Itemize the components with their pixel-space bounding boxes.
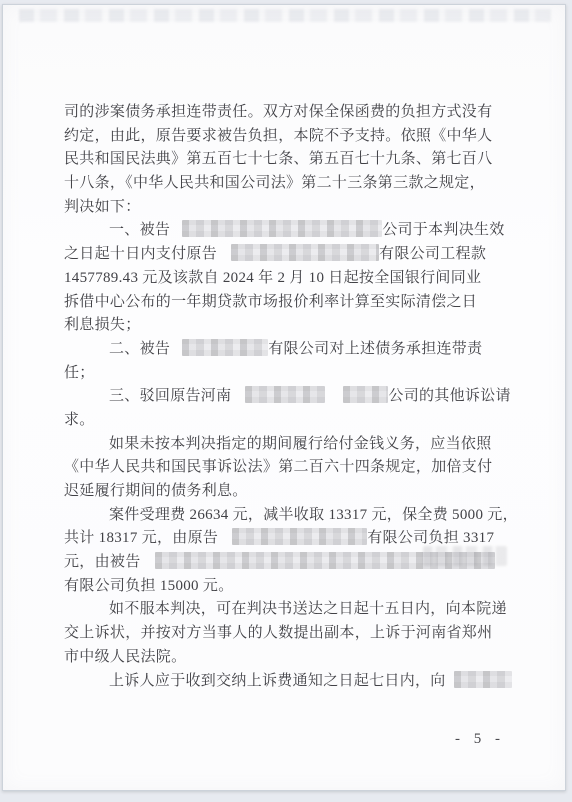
text-line: 《中华人民共和国民事诉讼法》第二百六十四条规定，加倍支付 — [64, 456, 516, 480]
text-segment: 任； — [64, 362, 95, 386]
text-segment: 1457789.43 元及该款自 2024 年 2 月 10 日起按全国银行间同… — [64, 267, 481, 291]
text-segment: 《中华人民共和国民事诉讼法》第二百六十四条规定，加倍支付 — [64, 456, 492, 480]
document-page: 司的涉案债务承担连带责任。双方对保全保函费的负担方式没有约定，由此，原告要求被告… — [2, 4, 566, 791]
text-line: 上诉人应于收到交纳上诉费通知之日起七日内，向 — [64, 670, 516, 694]
text-segment: 公司的其他诉讼请 — [388, 385, 510, 409]
text-line: 如果未按本判决指定的期间履行给付金钱义务，应当依照 — [64, 433, 516, 457]
redaction-blur — [245, 386, 325, 403]
text-segment: 三、驳回原告河南 — [109, 385, 231, 409]
text-segment: 民共和国民法典》第五百七十七条、第五百七十九条、第七百八 — [64, 148, 492, 172]
redaction-blur — [182, 220, 382, 237]
text-segment: 案件受理费 26634 元，减半收取 13317 元，保全费 5000 元， — [109, 504, 518, 528]
page-number: - 5 - — [455, 731, 505, 748]
text-line: 之日起十日内支付原告有限公司工程款 — [64, 243, 516, 267]
text-segment: 有限公司负担 15000 元。 — [64, 575, 234, 599]
text-line: 任； — [64, 362, 516, 386]
text-segment: 有限公司工程款 — [379, 243, 486, 267]
text-line: 如不服本判决，可在判决书送达之日起十五日内，向本院递 — [64, 598, 516, 622]
text-line: 迟延履行期间的债务利息。 — [64, 480, 516, 504]
redaction-blur — [155, 552, 495, 569]
text-segment: 司的涉案债务承担连带责任。双方对保全保函费的负担方式没有 — [64, 101, 492, 125]
text-segment: 十八条，《中华人民共和国公司法》第二十三条第三款之规定， — [64, 172, 485, 196]
redaction-blur — [454, 671, 512, 688]
redaction-blur — [182, 339, 268, 356]
text-line: 元，由被告 — [64, 551, 516, 575]
text-segment: 上诉人应于收到交纳上诉费通知之日起七日内，向 — [109, 670, 446, 694]
text-line: 十八条，《中华人民共和国公司法》第二十三条第三款之规定， — [64, 172, 516, 196]
text-line: 市中级人民法院。 — [64, 646, 516, 670]
text-line: 案件受理费 26634 元，减半收取 13317 元，保全费 5000 元， — [64, 504, 516, 528]
text-line: 求。 — [64, 409, 516, 433]
text-segment: 一、被告 — [109, 219, 170, 243]
text-line: 有限公司负担 15000 元。 — [64, 575, 516, 599]
text-segment: 元，由被告 — [64, 551, 141, 575]
page-top-artifact — [19, 9, 551, 22]
text-segment: 判决如下： — [64, 196, 141, 220]
text-line: 约定，由此，原告要求被告负担，本院不予支持。依照《中华人 — [64, 125, 516, 149]
text-line: 三、驳回原告河南公司的其他诉讼请 — [64, 385, 516, 409]
text-segment: 约定，由此，原告要求被告负担，本院不予支持。依照《中华人 — [64, 125, 492, 149]
text-line: 利息损失； — [64, 314, 516, 338]
redaction-blur — [232, 528, 367, 545]
text-segment: 共计 18317 元，由原告 — [64, 527, 218, 551]
redaction-blur — [231, 244, 379, 261]
text-segment: 交上诉状，并按对方当事人的人数提出副本，上诉于河南省郑州 — [64, 622, 492, 646]
text-segment: 迟延履行期间的债务利息。 — [64, 480, 248, 504]
text-segment: 市中级人民法院。 — [64, 646, 186, 670]
text-line: 司的涉案债务承担连带责任。双方对保全保函费的负担方式没有 — [64, 101, 516, 125]
text-line: 1457789.43 元及该款自 2024 年 2 月 10 日起按全国银行间同… — [64, 267, 516, 291]
text-segment: 有限公司对上述债务承担连带责 — [268, 338, 482, 362]
text-line: 共计 18317 元，由原告有限公司负担 3317 — [64, 527, 516, 551]
text-segment: 如不服本判决，可在判决书送达之日起十五日内，向本院递 — [109, 598, 507, 622]
text-segment: 利息损失； — [64, 314, 141, 338]
redaction-blur — [343, 386, 388, 403]
text-segment: 拆借中心公布的一年期贷款市场报价利率计算至实际清偿之日 — [64, 291, 477, 315]
text-segment: 求。 — [64, 409, 95, 433]
text-segment: 之日起十日内支付原告 — [64, 243, 217, 267]
text-segment: 如果未按本判决指定的期间履行给付金钱义务，应当依照 — [109, 433, 492, 457]
text-line: 二、被告有限公司对上述债务承担连带责 — [64, 338, 516, 362]
text-segment: 有限公司负担 3317 — [367, 527, 494, 551]
text-line: 民共和国民法典》第五百七十七条、第五百七十九条、第七百八 — [64, 148, 516, 172]
text-segment: 二、被告 — [109, 338, 170, 362]
text-line: 判决如下： — [64, 196, 516, 220]
text-line: 拆借中心公布的一年期贷款市场报价利率计算至实际清偿之日 — [64, 291, 516, 315]
text-segment: 公司于本判决生效 — [382, 219, 504, 243]
document-body: 司的涉案债务承担连带责任。双方对保全保函费的负担方式没有约定，由此，原告要求被告… — [64, 101, 516, 693]
text-line: 交上诉状，并按对方当事人的人数提出副本，上诉于河南省郑州 — [64, 622, 516, 646]
text-line: 一、被告公司于本判决生效 — [64, 219, 516, 243]
